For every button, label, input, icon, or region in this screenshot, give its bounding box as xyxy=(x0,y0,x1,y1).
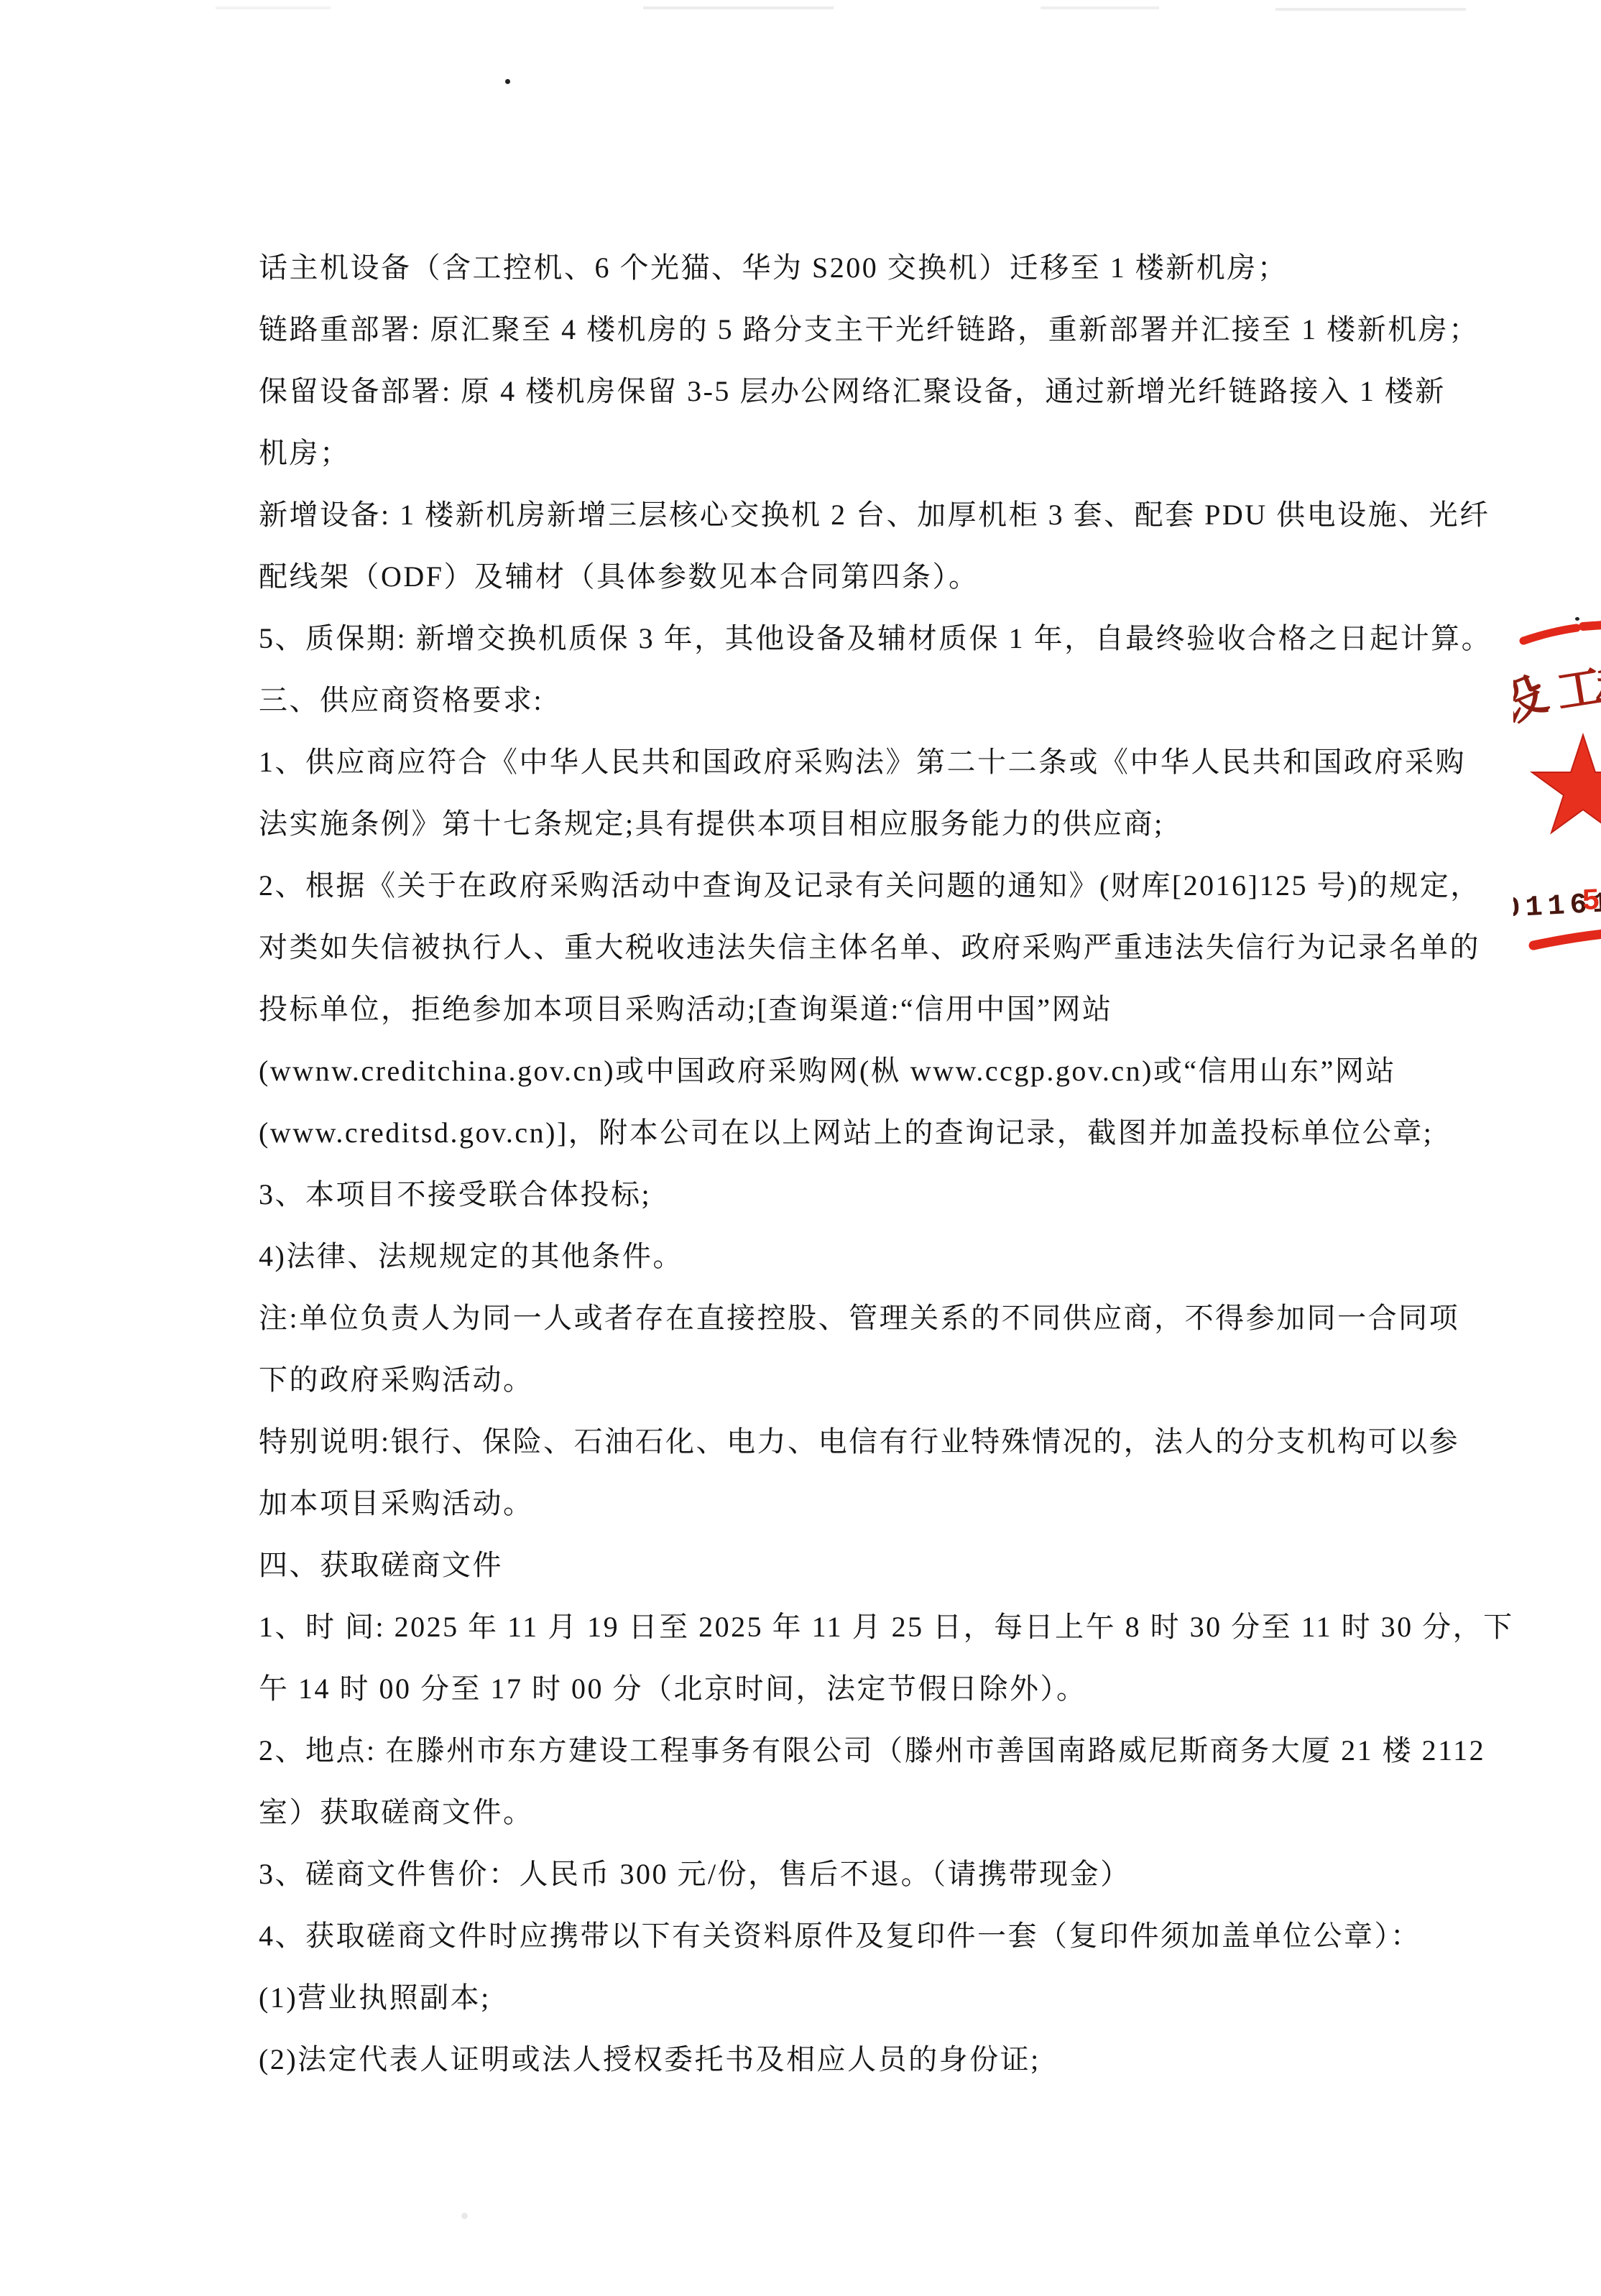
text-line: 投标单位，拒绝参加本项目采购活动;[查询渠道:“信用中国”网站 xyxy=(259,978,1380,1040)
seal-ring-top-arc xyxy=(1583,625,1601,626)
text-line: 3、本项目不接受联合体投标; xyxy=(259,1164,1380,1226)
scan-artifact xyxy=(216,6,331,9)
text-line: (1)营业执照副本; xyxy=(259,1967,1380,2029)
text-line: 加本项目采购活动。 xyxy=(259,1473,1380,1534)
text-line: 2、地点: 在滕州市东方建设工程事务有限公司（滕州市善国南路威尼斯商务大厦 21… xyxy=(259,1720,1380,1782)
official-red-seal-partial: 设 工 程 01161 5 xyxy=(1513,616,1601,951)
text-line: 注:单位负责人为同一人或者存在直接控股、管理关系的不同供应商，不得参加同一合同项 xyxy=(259,1287,1380,1349)
text-line: 特别说明:银行、保险、石油石化、电力、电信有行业特殊情况的，法人的分支机构可以参 xyxy=(259,1411,1380,1473)
text-line: 话主机设备（含工控机、6 个光猫、华为 S200 交换机）迁移至 1 楼新机房； xyxy=(259,237,1380,299)
document-body: 话主机设备（含工控机、6 个光猫、华为 S200 交换机）迁移至 1 楼新机房；… xyxy=(259,237,1380,2091)
text-line: 新增设备: 1 楼新机房新增三层核心交换机 2 台、加厚机柜 3 套、配套 PD… xyxy=(259,484,1380,546)
text-line: 链路重部署: 原汇聚至 4 楼机房的 5 路分支主干光纤链路，重新部署并汇接至 … xyxy=(259,299,1380,361)
text-line: 1、时 间: 2025 年 11 月 19 日至 2025 年 11 月 25 … xyxy=(259,1596,1380,1658)
text-line: 机房； xyxy=(259,422,1380,484)
text-line: 3、磋商文件售价：人民币 300 元/份，售后不退。（请携带现金） xyxy=(259,1843,1380,1905)
ink-speck xyxy=(461,2213,468,2219)
text-line: 午 14 时 00 分至 17 时 00 分（北京时间，法定节假日除外）。 xyxy=(259,1658,1380,1720)
text-line: (www.creditsd.gov.cn)]，附本公司在以上网站上的查询记录，截… xyxy=(259,1102,1380,1164)
scan-artifact xyxy=(643,6,834,9)
document-page: 话主机设备（含工控机、6 个光猫、华为 S200 交换机）迁移至 1 楼新机房；… xyxy=(0,0,1601,2296)
text-line: 对类如失信被执行人、重大税收违法失信主体名单、政府采购严重违法失信行为记录名单的 xyxy=(259,917,1380,978)
text-line: 室）获取磋商文件。 xyxy=(259,1782,1380,1843)
text-line: 下的政府采购活动。 xyxy=(259,1349,1380,1411)
seal-arc-char: 工 xyxy=(1553,661,1601,718)
section-heading: 三、供应商资格要求: xyxy=(259,670,1380,731)
seal-ring-bottom-arc xyxy=(1533,934,1601,945)
seal-arc-char: 设 xyxy=(1513,667,1554,733)
text-line: 4、获取磋商文件时应携带以下有关资料原件及复印件一套（复印件须加盖单位公章）： xyxy=(259,1905,1380,1967)
text-line: 5、质保期: 新增交换机质保 3 年，其他设备及辅材质保 1 年，自最终验收合格… xyxy=(259,608,1380,670)
ink-speck xyxy=(1575,617,1579,621)
text-line: 4)法律、法规规定的其他条件。 xyxy=(259,1226,1380,1287)
ink-speck xyxy=(505,79,510,84)
section-heading: 四、获取磋商文件 xyxy=(259,1534,1380,1596)
text-line: 2、根据《关于在政府采购活动中查询及记录有关问题的通知》(财库[2016]125… xyxy=(259,855,1380,917)
text-line: (2)法定代表人证明或法人授权委托书及相应人员的身份证; xyxy=(259,2029,1380,2091)
text-line: 法实施条例》第十七条规定;具有提供本项目相应服务能力的供应商; xyxy=(259,793,1380,855)
text-line: 保留设备部署: 原 4 楼机房保留 3-5 层办公网络汇聚设备，通过新增光纤链路… xyxy=(259,361,1380,422)
text-line: 配线架（ODF）及辅材（具体参数见本合同第四条）。 xyxy=(259,546,1380,608)
text-line: (wwnw.creditchina.gov.cn)或中国政府采购网(枞 www.… xyxy=(259,1040,1380,1102)
text-line: 1、供应商应符合《中华人民共和国政府采购法》第二十二条或《中华人民共和国政府采购 xyxy=(259,731,1380,793)
scan-artifact xyxy=(1041,6,1159,9)
seal-serial-number: 5 xyxy=(1581,884,1601,919)
seal-star-icon xyxy=(1532,735,1601,833)
seal-ring-top-arc xyxy=(1523,628,1577,641)
scan-artifact xyxy=(1275,8,1466,11)
